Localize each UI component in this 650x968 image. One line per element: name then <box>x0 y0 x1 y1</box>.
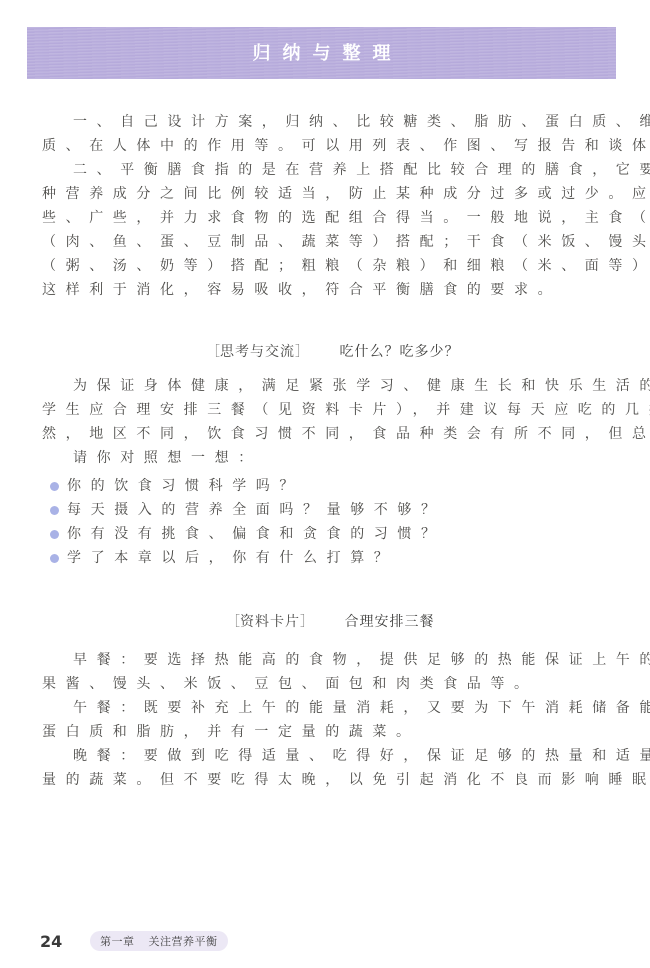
summary-line: 质、在人体中的作用等。可以用列表、作图、写报告和谈体会等多种方式。 <box>42 134 650 158</box>
question-text: 每天摄入的营养全面吗？量够不够？ <box>67 498 445 522</box>
chapter-title: 关注营养平衡 <box>149 935 218 948</box>
summary-line: 种营养成分之间比例较适当，防止某种成分过多或过少。应尽可能吃得品种多些、杂 <box>42 182 650 206</box>
page-footer: 24 第一章关注营养平衡 <box>40 930 228 952</box>
bullet-icon <box>50 554 59 563</box>
discussion-line: 请你对照想一想： <box>73 446 262 470</box>
meal-line: 午餐：既要补充上午的能量消耗，又要为下午消耗储备能量。因此，要有丰富的 <box>73 696 650 720</box>
discussion-line: 然，地区不同，饮食习惯不同，食品种类会有所不同，但总的营养量是不能缺少的。 <box>42 422 650 446</box>
meal-line: 早餐：要选择热能高的食物，提供足够的热能保证上午的活动。如牛奶、鸡蛋、 <box>73 648 650 672</box>
discussion-line: 为保证身体健康，满足紧张学习、健康生长和快乐生活的营养需求，有人建议中 <box>73 374 650 398</box>
summary-line: 一、自己设计方案，归纳、比较糖类、脂肪、蛋白质、维生素、微量元素的性 <box>73 110 650 134</box>
discussion-title: 吃什么？吃多少？ <box>339 344 459 360</box>
meal-line: 量的蔬菜。但不要吃得太晚，以免引起消化不良而影响睡眠。 <box>42 768 650 792</box>
question-item: 你的饮食习惯科学吗？ <box>50 474 303 498</box>
meal-line: 蛋白质和脂肪，并有一定量的蔬菜。 <box>42 720 420 744</box>
bracket-close: ］ <box>300 614 314 630</box>
resource-card-label: 资料卡片 <box>240 614 300 630</box>
question-item: 你有没有挑食、偏食和贪食的习惯？ <box>50 522 445 546</box>
meal-line: 晚餐：要做到吃得适量、吃得好，保证足够的热量和适量的蛋白质、脂肪和一定 <box>73 744 650 768</box>
bullet-icon <box>50 482 59 491</box>
summary-line: （粥、汤、奶等）搭配；粗粮（杂粮）和细粮（米、面等）搭配；荤菜与蔬菜搭配。 <box>42 254 650 278</box>
bracket-open: ［ <box>206 344 220 360</box>
resource-card-heading: ［资料卡片］ 合理安排三餐 <box>226 610 434 634</box>
question-text: 你的饮食习惯科学吗？ <box>67 474 303 498</box>
summary-line: 二、平衡膳食指的是在营养上搭配比较合理的膳食，它要求食物品种多样化，各 <box>73 158 650 182</box>
discussion-heading: ［思考与交流］ 吃什么？吃多少？ <box>206 340 459 364</box>
summary-line: 些、广些，并力求食物的选配组合得当。一般地说，主食（米、面、杂粮）和副食 <box>42 206 650 230</box>
meal-line: 果酱、馒头、米饭、豆包、面包和肉类食品等。 <box>42 672 538 696</box>
bracket-close: ］ <box>295 344 309 360</box>
question-text: 学了本章以后，你有什么打算？ <box>67 546 397 570</box>
summary-line: （肉、鱼、蛋、豆制品、蔬菜等）搭配；干食（米饭、馒头、窝头、面包等）和稀食 <box>42 230 650 254</box>
discussion-label: 思考与交流 <box>220 344 295 360</box>
bullet-icon <box>50 530 59 539</box>
bracket-open: ［ <box>226 614 240 630</box>
summary-line: 这样利于消化，容易吸收，符合平衡膳食的要求。 <box>42 278 561 302</box>
discussion-line: 学生应合理安排三餐（见资料卡片），并建议每天应吃的几类食物（见表 1-3）。当 <box>42 398 650 422</box>
section-banner: 归纳与整理 <box>27 27 616 79</box>
chapter-label: 第一章关注营养平衡 <box>90 931 228 951</box>
banner-title: 归纳与整理 <box>241 39 403 65</box>
page-number: 24 <box>40 932 76 951</box>
bullet-icon <box>50 506 59 515</box>
question-text: 你有没有挑食、偏食和贪食的习惯？ <box>67 522 445 546</box>
question-item: 学了本章以后，你有什么打算？ <box>50 546 397 570</box>
chapter-number: 第一章 <box>100 935 135 948</box>
resource-card-title: 合理安排三餐 <box>344 614 434 630</box>
question-item: 每天摄入的营养全面吗？量够不够？ <box>50 498 445 522</box>
